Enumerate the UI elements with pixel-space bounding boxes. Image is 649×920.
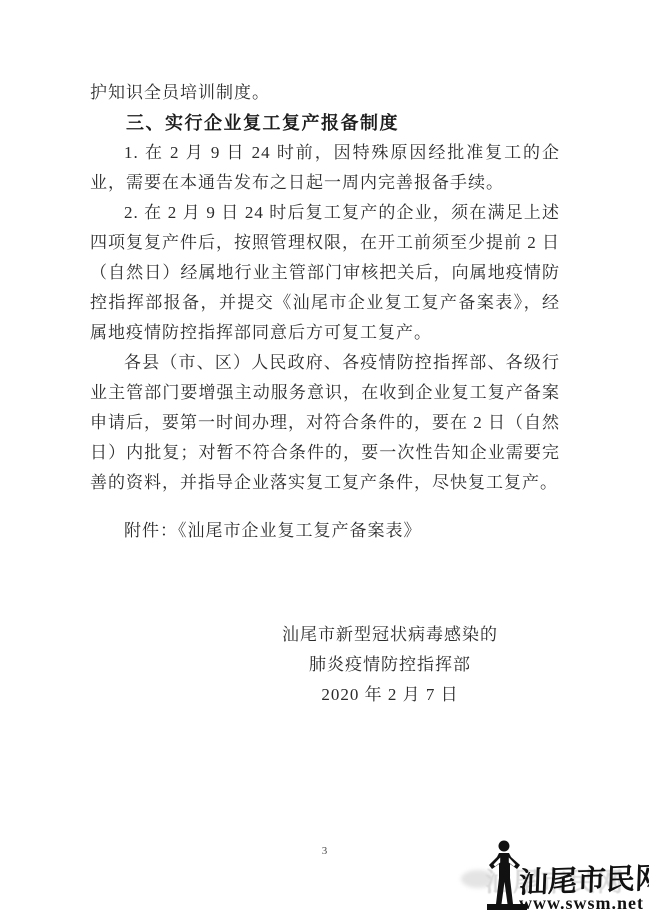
continued-paragraph-line: 护知识全员培训制度。 — [90, 78, 560, 108]
watermark-site-url: www.swsm.net — [519, 893, 644, 914]
paragraph-item-1: 1. 在 2 月 9 日 24 时前，因特殊原因经批准复工的企业，需要在本通告发… — [90, 138, 560, 198]
paragraph-service: 各县（市、区）人民政府、各疫情防控指挥部、各级行业主管部门要增强主动服务意识，在… — [90, 348, 560, 498]
signature-org-line-2: 肺炎疫情防控指挥部 — [225, 650, 555, 680]
signature-org-line-1: 汕尾市新型冠状病毒感染的 — [225, 620, 555, 650]
site-watermark: 汕尾市民网 汕尾市民网 www.swsm.net — [467, 840, 647, 918]
paragraph-item-2: 2. 在 2 月 9 日 24 时后复工复产的企业，须在满足上述四项复复产件后，… — [90, 198, 560, 348]
section-heading: 三、实行企业复工复产报备制度 — [90, 108, 560, 138]
attachment-line: 附件：《汕尾市企业复工复产备案表》 — [90, 516, 560, 546]
document-body: 护知识全员培训制度。 三、实行企业复工复产报备制度 1. 在 2 月 9 日 2… — [90, 78, 560, 546]
document-page: 护知识全员培训制度。 三、实行企业复工复产报备制度 1. 在 2 月 9 日 2… — [0, 0, 649, 920]
signature-block: 汕尾市新型冠状病毒感染的 肺炎疫情防控指挥部 2020 年 2 月 7 日 — [225, 620, 555, 710]
signature-date: 2020 年 2 月 7 日 — [225, 680, 555, 710]
